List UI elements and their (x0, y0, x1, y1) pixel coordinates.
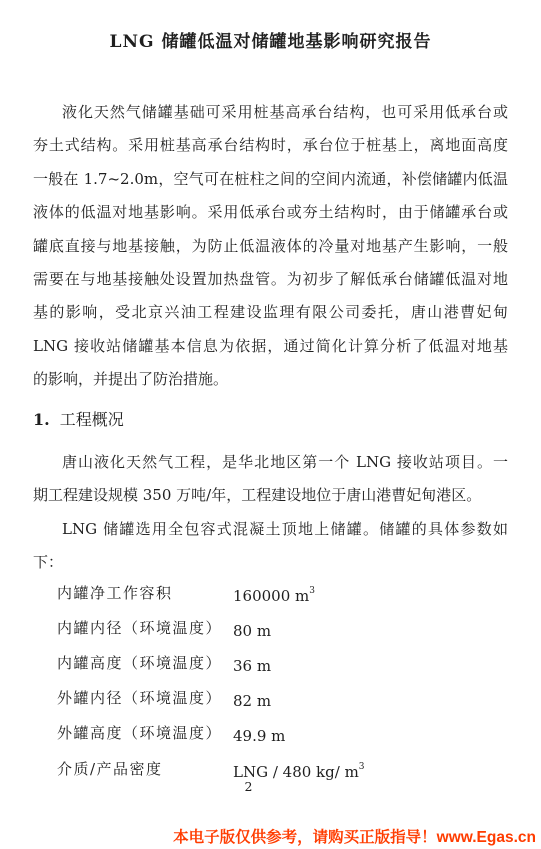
paragraph-line: 夯土式结构。采用桩基高承台结构时，承台位于桩基上，离地面高度 (33, 129, 508, 162)
parameter-row: 内罐内径（环境温度） 80 m (33, 616, 508, 651)
paragraph-line: LNG 接收站储罐基本信息为依据，通过简化计算分析了低温对地基 (33, 330, 508, 363)
paragraph-line: 液化天然气储罐基础可采用桩基高承台结构，也可采用低承台或 (33, 96, 508, 129)
superscript: 3 (309, 586, 315, 596)
section-number: 1. (33, 410, 50, 429)
parameter-value: 82 m (233, 686, 271, 713)
paragraph-line: 罐底直接与地基接触，为防止低温液体的冷量对地基产生影响，一般 (33, 230, 508, 263)
parameter-label: 内罐净工作容积 (57, 581, 173, 605)
parameter-value: 49.9 m (233, 721, 285, 748)
section-heading-text: 工程概况 (60, 410, 124, 429)
paragraph-line: 期工程建设规模 350 万吨/年，工程建设地位于唐山港曹妃甸港区。 (33, 479, 508, 512)
paragraph-line: 基的影响，受北京兴油工程建设监理有限公司委托，唐山港曹妃甸 (33, 296, 508, 329)
intro-paragraph: 液化天然气储罐基础可采用桩基高承台结构，也可采用低承台或 夯土式结构。采用桩基高… (33, 96, 508, 397)
parameter-label: 内罐内径（环境温度） (57, 616, 222, 640)
paragraph-line: 唐山液化天然气工程，是华北地区第一个 LNG 接收站项目。一 (33, 446, 508, 479)
parameter-value: 160000 m3 (233, 581, 315, 608)
parameter-value: 36 m (233, 651, 271, 678)
paragraph-line: LNG 储罐选用全包容式混凝土顶地上储罐。储罐的具体参数如 (33, 513, 508, 546)
parameter-label: 内罐高度（环境温度） (57, 651, 222, 675)
page-title: LNG 储罐低温对储罐地基影响研究报告 (0, 27, 541, 52)
parameter-row: 外罐内径（环境温度） 82 m (33, 686, 508, 721)
section1-paragraph-2: LNG 储罐选用全包容式混凝土顶地上储罐。储罐的具体参数如 下： (33, 513, 508, 580)
parameter-label: 外罐内径（环境温度） (57, 686, 222, 710)
section1-paragraph-1: 唐山液化天然气工程，是华北地区第一个 LNG 接收站项目。一 期工程建设规模 3… (33, 446, 508, 513)
page-number: 2 (0, 779, 497, 794)
paragraph-line: 一般在 1.7~2.0m，空气可在桩柱之间的空间内流通，补偿储罐内低温 (33, 163, 508, 196)
paragraph-line: 下： (33, 546, 508, 579)
parameter-row: 内罐高度（环境温度） 36 m (33, 651, 508, 686)
superscript: 3 (359, 762, 365, 772)
paragraph-line: 的影响，并提出了防治措施。 (33, 363, 508, 396)
section-heading: 1.工程概况 (33, 408, 124, 432)
parameter-row: 外罐高度（环境温度） 49.9 m (33, 721, 508, 756)
document-page: LNG 储罐低温对储罐地基影响研究报告 液化天然气储罐基础可采用桩基高承台结构，… (0, 0, 541, 849)
parameter-row: 内罐净工作容积 160000 m3 (33, 581, 508, 616)
parameter-label: 外罐高度（环境温度） (57, 721, 222, 745)
paragraph-line: 需要在与地基接触处设置加热盘管。为初步了解低承台储罐低温对地 (33, 263, 508, 296)
watermark-footer-notice: 本电子版仅供参考，请购买正版指导！www.Egas.cn (173, 825, 536, 847)
parameter-label: 介质/产品密度 (57, 757, 163, 781)
paragraph-line: 液体的低温对地基影响。采用低承台或夯土结构时，由于储罐承台或 (33, 196, 508, 229)
parameter-value: 80 m (233, 616, 271, 643)
